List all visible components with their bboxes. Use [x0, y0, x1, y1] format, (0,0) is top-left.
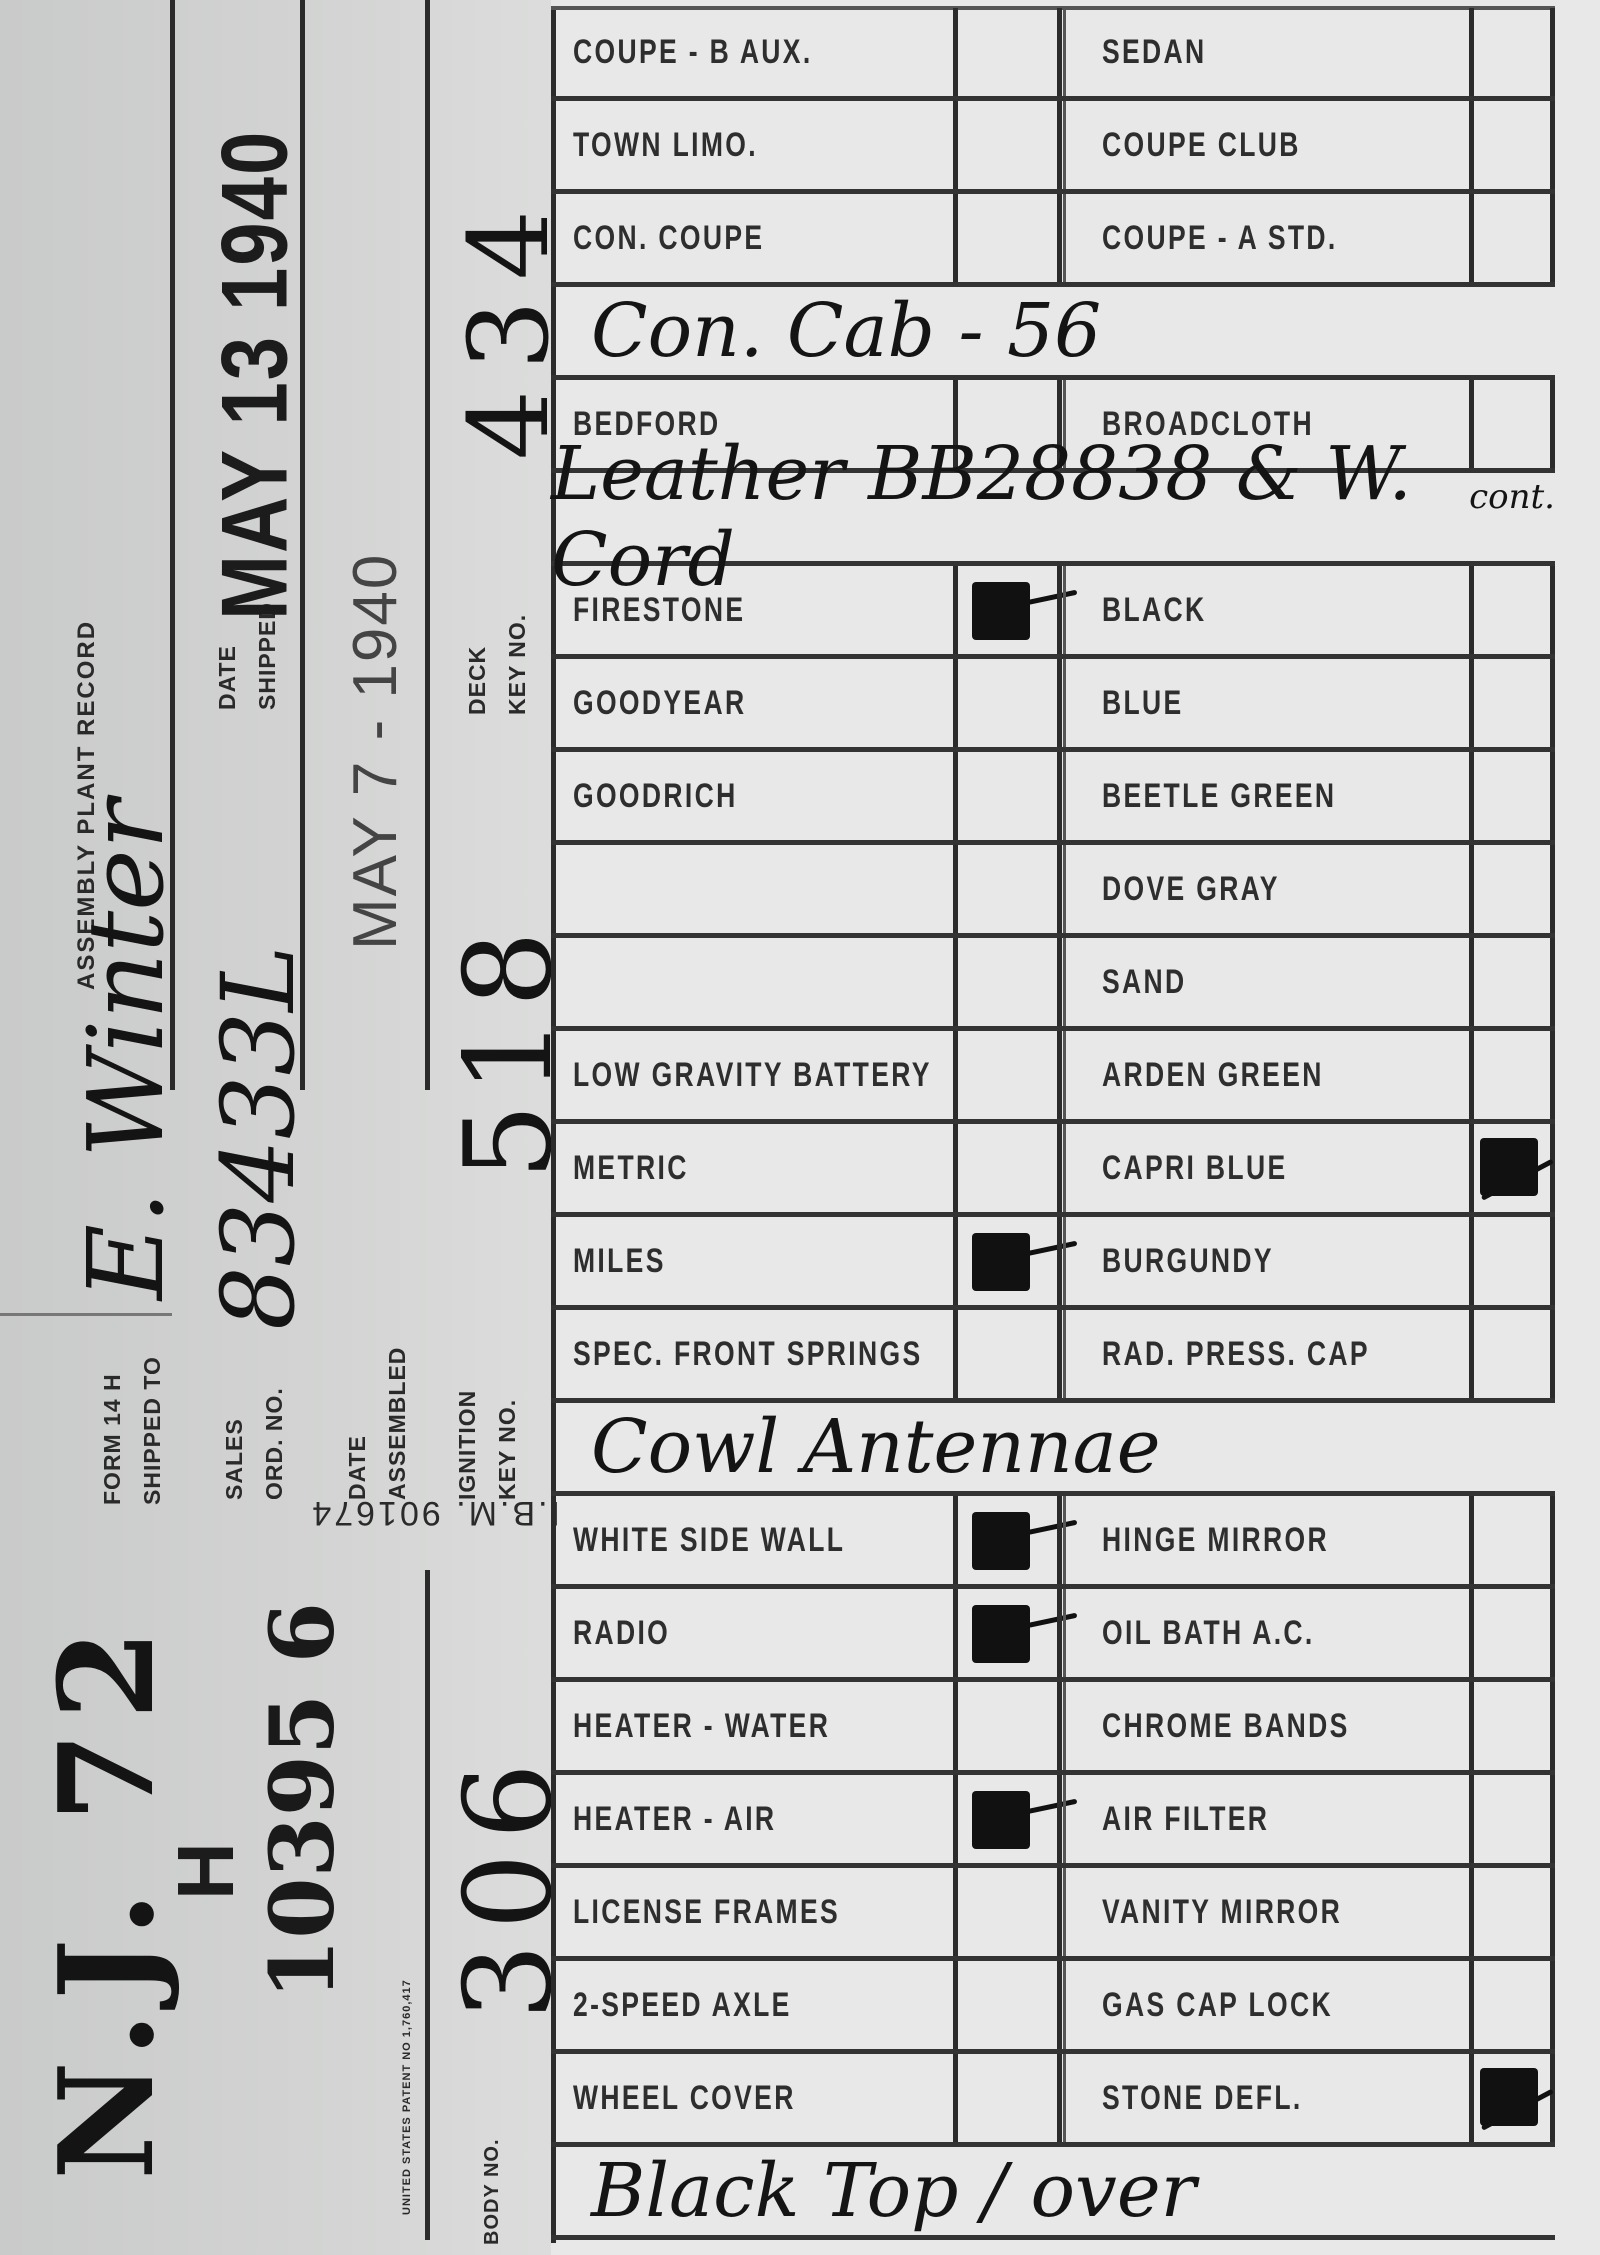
option-row: RADIOOIL BATH A.C.	[551, 1589, 1555, 1682]
option-left: HEATER - WATER	[551, 1682, 953, 1770]
checkbox-right[interactable]	[1469, 1775, 1555, 1863]
check-mark-icon	[1480, 1138, 1538, 1196]
option-label: SEDAN	[1102, 33, 1207, 72]
option-right: BLACK	[1057, 566, 1469, 654]
checkbox-right[interactable]	[1469, 1310, 1555, 1398]
option-label: RAD. PRESS. CAP	[1102, 1335, 1370, 1374]
option-left: WHITE SIDE WALL	[551, 1496, 953, 1584]
option-label: CAPRI BLUE	[1102, 1149, 1287, 1188]
checkbox-left[interactable]	[953, 101, 1057, 189]
option-row: SAND	[551, 938, 1555, 1031]
handwritten-note-row: Leather BB28838 & W. Cordcont.	[551, 473, 1555, 566]
checkbox-right[interactable]	[1469, 1217, 1555, 1305]
option-label: BLUE	[1102, 684, 1184, 723]
option-label: WHITE SIDE WALL	[573, 1521, 845, 1560]
form-number: FORM 14 H	[100, 1373, 124, 1505]
option-right: COUPE - A STD.	[1057, 194, 1469, 282]
option-right: AIR FILTER	[1057, 1775, 1469, 1863]
option-left: SPEC. FRONT SPRINGS	[551, 1310, 953, 1398]
option-left: LICENSE FRAMES	[551, 1868, 953, 1956]
option-left: MILES	[551, 1217, 953, 1305]
option-right: RAD. PRESS. CAP	[1057, 1310, 1469, 1398]
checkbox-right[interactable]	[1469, 938, 1555, 1026]
option-label: TOWN LIMO.	[573, 126, 758, 165]
option-label: VANITY MIRROR	[1102, 1893, 1342, 1932]
rule-date-assembled	[425, 0, 430, 1090]
handwritten-note-row: Black Top / over	[551, 2147, 1555, 2240]
option-right: VANITY MIRROR	[1057, 1868, 1469, 1956]
option-left: CON. COUPE	[551, 194, 953, 282]
option-left: WHEEL COVER	[551, 2054, 953, 2142]
check-mark-icon	[972, 1605, 1030, 1663]
deck-key-label-2: KEY NO.	[505, 614, 529, 715]
shipped-to-label: SHIPPED TO	[140, 1356, 164, 1505]
option-row: DOVE GRAY	[551, 845, 1555, 938]
ignition-key-label-1: IGNITION	[455, 1390, 479, 1500]
option-label: MILES	[573, 1242, 666, 1281]
ibm-number: I.B.M. 901674	[309, 1501, 560, 1525]
checkbox-right[interactable]	[1469, 1031, 1555, 1119]
handwritten-note: Cowl Antennae	[551, 1404, 1161, 1490]
option-left: GOODYEAR	[551, 659, 953, 747]
check-mark-icon	[972, 1512, 1030, 1570]
option-row: MILESBURGUNDY	[551, 1217, 1555, 1310]
handwritten-note-row: Cowl Antennae	[551, 1403, 1555, 1496]
checkbox-right[interactable]	[1469, 566, 1555, 654]
option-row: HEATER - AIRAIR FILTER	[551, 1775, 1555, 1868]
handwritten-note-row: Con. Cab - 56	[551, 287, 1555, 380]
checkbox-left[interactable]	[953, 1868, 1057, 1956]
option-label: 2-SPEED AXLE	[573, 1986, 792, 2025]
option-left: GOODRICH	[551, 752, 953, 840]
option-row: TOWN LIMO.COUPE CLUB	[551, 101, 1555, 194]
option-left: FIRESTONE	[551, 566, 953, 654]
option-label: COUPE - B AUX.	[573, 33, 813, 72]
serial-number: 10395 6	[250, 1602, 354, 2000]
option-left: TOWN LIMO.	[551, 101, 953, 189]
checkbox-right[interactable]	[1469, 845, 1555, 933]
option-left: HEATER - AIR	[551, 1775, 953, 1863]
option-row: FIRESTONEBLACK	[551, 566, 1555, 659]
date-assembled-label-2: ASSEMBLED	[385, 1347, 409, 1500]
check-mark-icon	[972, 1233, 1030, 1291]
option-label: GAS CAP LOCK	[1102, 1986, 1333, 2025]
rule-form-bottom	[0, 1313, 172, 1316]
option-label: DOVE GRAY	[1102, 870, 1280, 909]
option-label: CON. COUPE	[573, 219, 764, 258]
option-label: SAND	[1102, 963, 1187, 1002]
ignition-key-label-2: KEY NO.	[495, 1399, 519, 1500]
continued-note: cont.	[1469, 477, 1555, 517]
checkbox-right[interactable]	[1469, 1589, 1555, 1677]
option-label: COUPE CLUB	[1102, 126, 1301, 165]
option-row: CON. COUPECOUPE - A STD.	[551, 194, 1555, 287]
option-label: AIR FILTER	[1102, 1800, 1269, 1839]
checkbox-left[interactable]	[953, 1961, 1057, 2049]
option-label: GOODYEAR	[573, 684, 746, 723]
checkbox-right[interactable]	[1469, 101, 1555, 189]
option-label: SPEC. FRONT SPRINGS	[573, 1335, 922, 1374]
sales-ord-value: 83433L	[200, 945, 317, 1330]
option-label: METRIC	[573, 1149, 689, 1188]
checkbox-left[interactable]	[953, 1217, 1057, 1305]
option-row: SPEC. FRONT SPRINGSRAD. PRESS. CAP	[551, 1310, 1555, 1403]
option-right: COUPE CLUB	[1057, 101, 1469, 189]
shipped-to-value: E. Winter	[65, 800, 187, 1300]
checkbox-left[interactable]	[953, 1031, 1057, 1119]
checkbox-right[interactable]	[1469, 1868, 1555, 1956]
checkbox-right[interactable]	[1469, 194, 1555, 282]
option-label: OIL BATH A.C.	[1102, 1614, 1315, 1653]
option-row: METRICCAPRI BLUE	[551, 1124, 1555, 1217]
checkbox-left[interactable]	[953, 1496, 1057, 1584]
option-row: COUPE - B AUX.SEDAN	[551, 8, 1555, 101]
option-label: RADIO	[573, 1614, 670, 1653]
check-mark-icon	[972, 1791, 1030, 1849]
option-label: GOODRICH	[573, 777, 738, 816]
checkbox-right[interactable]	[1469, 2054, 1555, 2142]
option-row: LICENSE FRAMESVANITY MIRROR	[551, 1868, 1555, 1961]
option-right: BEETLE GREEN	[1057, 752, 1469, 840]
checkbox-left[interactable]	[953, 2054, 1057, 2142]
option-label: BEETLE GREEN	[1102, 777, 1336, 816]
option-label: BURGUNDY	[1102, 1242, 1274, 1281]
date-assembled-label-1: DATE	[345, 1435, 369, 1500]
option-label: COUPE - A STD.	[1102, 219, 1338, 258]
checkbox-right[interactable]	[1469, 1124, 1555, 1212]
option-label: ARDEN GREEN	[1102, 1056, 1324, 1095]
checkbox-left[interactable]	[953, 8, 1057, 96]
option-right: CAPRI BLUE	[1057, 1124, 1469, 1212]
deck-key-label-1: DECK	[465, 646, 489, 715]
date-shipped-value: MAY 13 1940	[200, 130, 309, 620]
date-shipped-label-1: DATE	[215, 645, 239, 710]
option-right: HINGE MIRROR	[1057, 1496, 1469, 1584]
option-label: FIRESTONE	[573, 591, 745, 630]
option-left: COUPE - B AUX.	[551, 8, 953, 96]
option-row: HEATER - WATERCHROME BANDS	[551, 1682, 1555, 1775]
option-left: METRIC	[551, 1124, 953, 1212]
option-row: GOODRICHBEETLE GREEN	[551, 752, 1555, 845]
checkbox-left[interactable]	[953, 752, 1057, 840]
option-row: WHEEL COVERSTONE DEFL.	[551, 2054, 1555, 2147]
option-right: CHROME BANDS	[1057, 1682, 1469, 1770]
option-label: HEATER - WATER	[573, 1707, 830, 1746]
rule-body-no	[425, 1570, 430, 2240]
option-right: BURGUNDY	[1057, 1217, 1469, 1305]
option-label: HINGE MIRROR	[1102, 1521, 1329, 1560]
option-left	[551, 845, 953, 933]
option-label: LOW GRAVITY BATTERY	[573, 1056, 932, 1095]
checkbox-left[interactable]	[953, 1682, 1057, 1770]
option-label: LICENSE FRAMES	[573, 1893, 840, 1932]
option-label: CHROME BANDS	[1102, 1707, 1350, 1746]
checkbox-right[interactable]	[1469, 1961, 1555, 2049]
checkbox-right[interactable]	[1469, 1496, 1555, 1584]
checkbox-left[interactable]	[953, 1775, 1057, 1863]
sales-ord-label-1: SALES	[222, 1418, 246, 1500]
checkbox-right[interactable]	[1469, 752, 1555, 840]
option-left	[551, 938, 953, 1026]
date-assembled-value: MAY 7 - 1940	[340, 553, 411, 950]
checkbox-right[interactable]	[1469, 1682, 1555, 1770]
checkbox-left[interactable]	[953, 1589, 1057, 1677]
check-mark-icon	[1480, 2068, 1538, 2126]
sales-ord-label-2: ORD. NO.	[262, 1387, 286, 1500]
serial-prefix: H	[160, 1840, 252, 1900]
options-table: COUPE - B AUX.SEDANTOWN LIMO.COUPE CLUBC…	[551, 8, 1555, 2240]
option-row: WHITE SIDE WALLHINGE MIRROR	[551, 1496, 1555, 1589]
option-row: GOODYEARBLUE	[551, 659, 1555, 752]
checkbox-left[interactable]	[953, 938, 1057, 1026]
option-row: 2-SPEED AXLEGAS CAP LOCK	[551, 1961, 1555, 2054]
handwritten-note: Black Top / over	[551, 2148, 1196, 2234]
option-right: OIL BATH A.C.	[1057, 1589, 1469, 1677]
option-left: LOW GRAVITY BATTERY	[551, 1031, 953, 1119]
option-right: STONE DEFL.	[1057, 2054, 1469, 2142]
patent-text: UNITED STATES PATENT NO 1,760,417	[395, 1979, 419, 2215]
checkbox-right[interactable]	[1469, 659, 1555, 747]
option-right: ARDEN GREEN	[1057, 1031, 1469, 1119]
checkbox-left[interactable]	[953, 845, 1057, 933]
option-left: 2-SPEED AXLE	[551, 1961, 953, 2049]
checkbox-left[interactable]	[953, 194, 1057, 282]
option-right: SEDAN	[1057, 8, 1469, 96]
checkbox-right[interactable]	[1469, 8, 1555, 96]
option-label: STONE DEFL.	[1102, 2079, 1303, 2118]
option-label: BLACK	[1102, 591, 1207, 630]
option-right: BLUE	[1057, 659, 1469, 747]
option-row: LOW GRAVITY BATTERYARDEN GREEN	[551, 1031, 1555, 1124]
option-right: DOVE GRAY	[1057, 845, 1469, 933]
option-right: GAS CAP LOCK	[1057, 1961, 1469, 2049]
checkbox-left[interactable]	[953, 566, 1057, 654]
check-mark-icon	[972, 582, 1030, 640]
handwritten-note: Con. Cab - 56	[551, 288, 1101, 374]
checkbox-left[interactable]	[953, 1124, 1057, 1212]
body-no-label: BODY NO.	[480, 2138, 504, 2245]
checkbox-left[interactable]	[953, 1310, 1057, 1398]
option-label: HEATER - AIR	[573, 1800, 776, 1839]
option-label: WHEEL COVER	[573, 2079, 796, 2118]
checkbox-left[interactable]	[953, 659, 1057, 747]
option-left: RADIO	[551, 1589, 953, 1677]
option-right: SAND	[1057, 938, 1469, 1026]
